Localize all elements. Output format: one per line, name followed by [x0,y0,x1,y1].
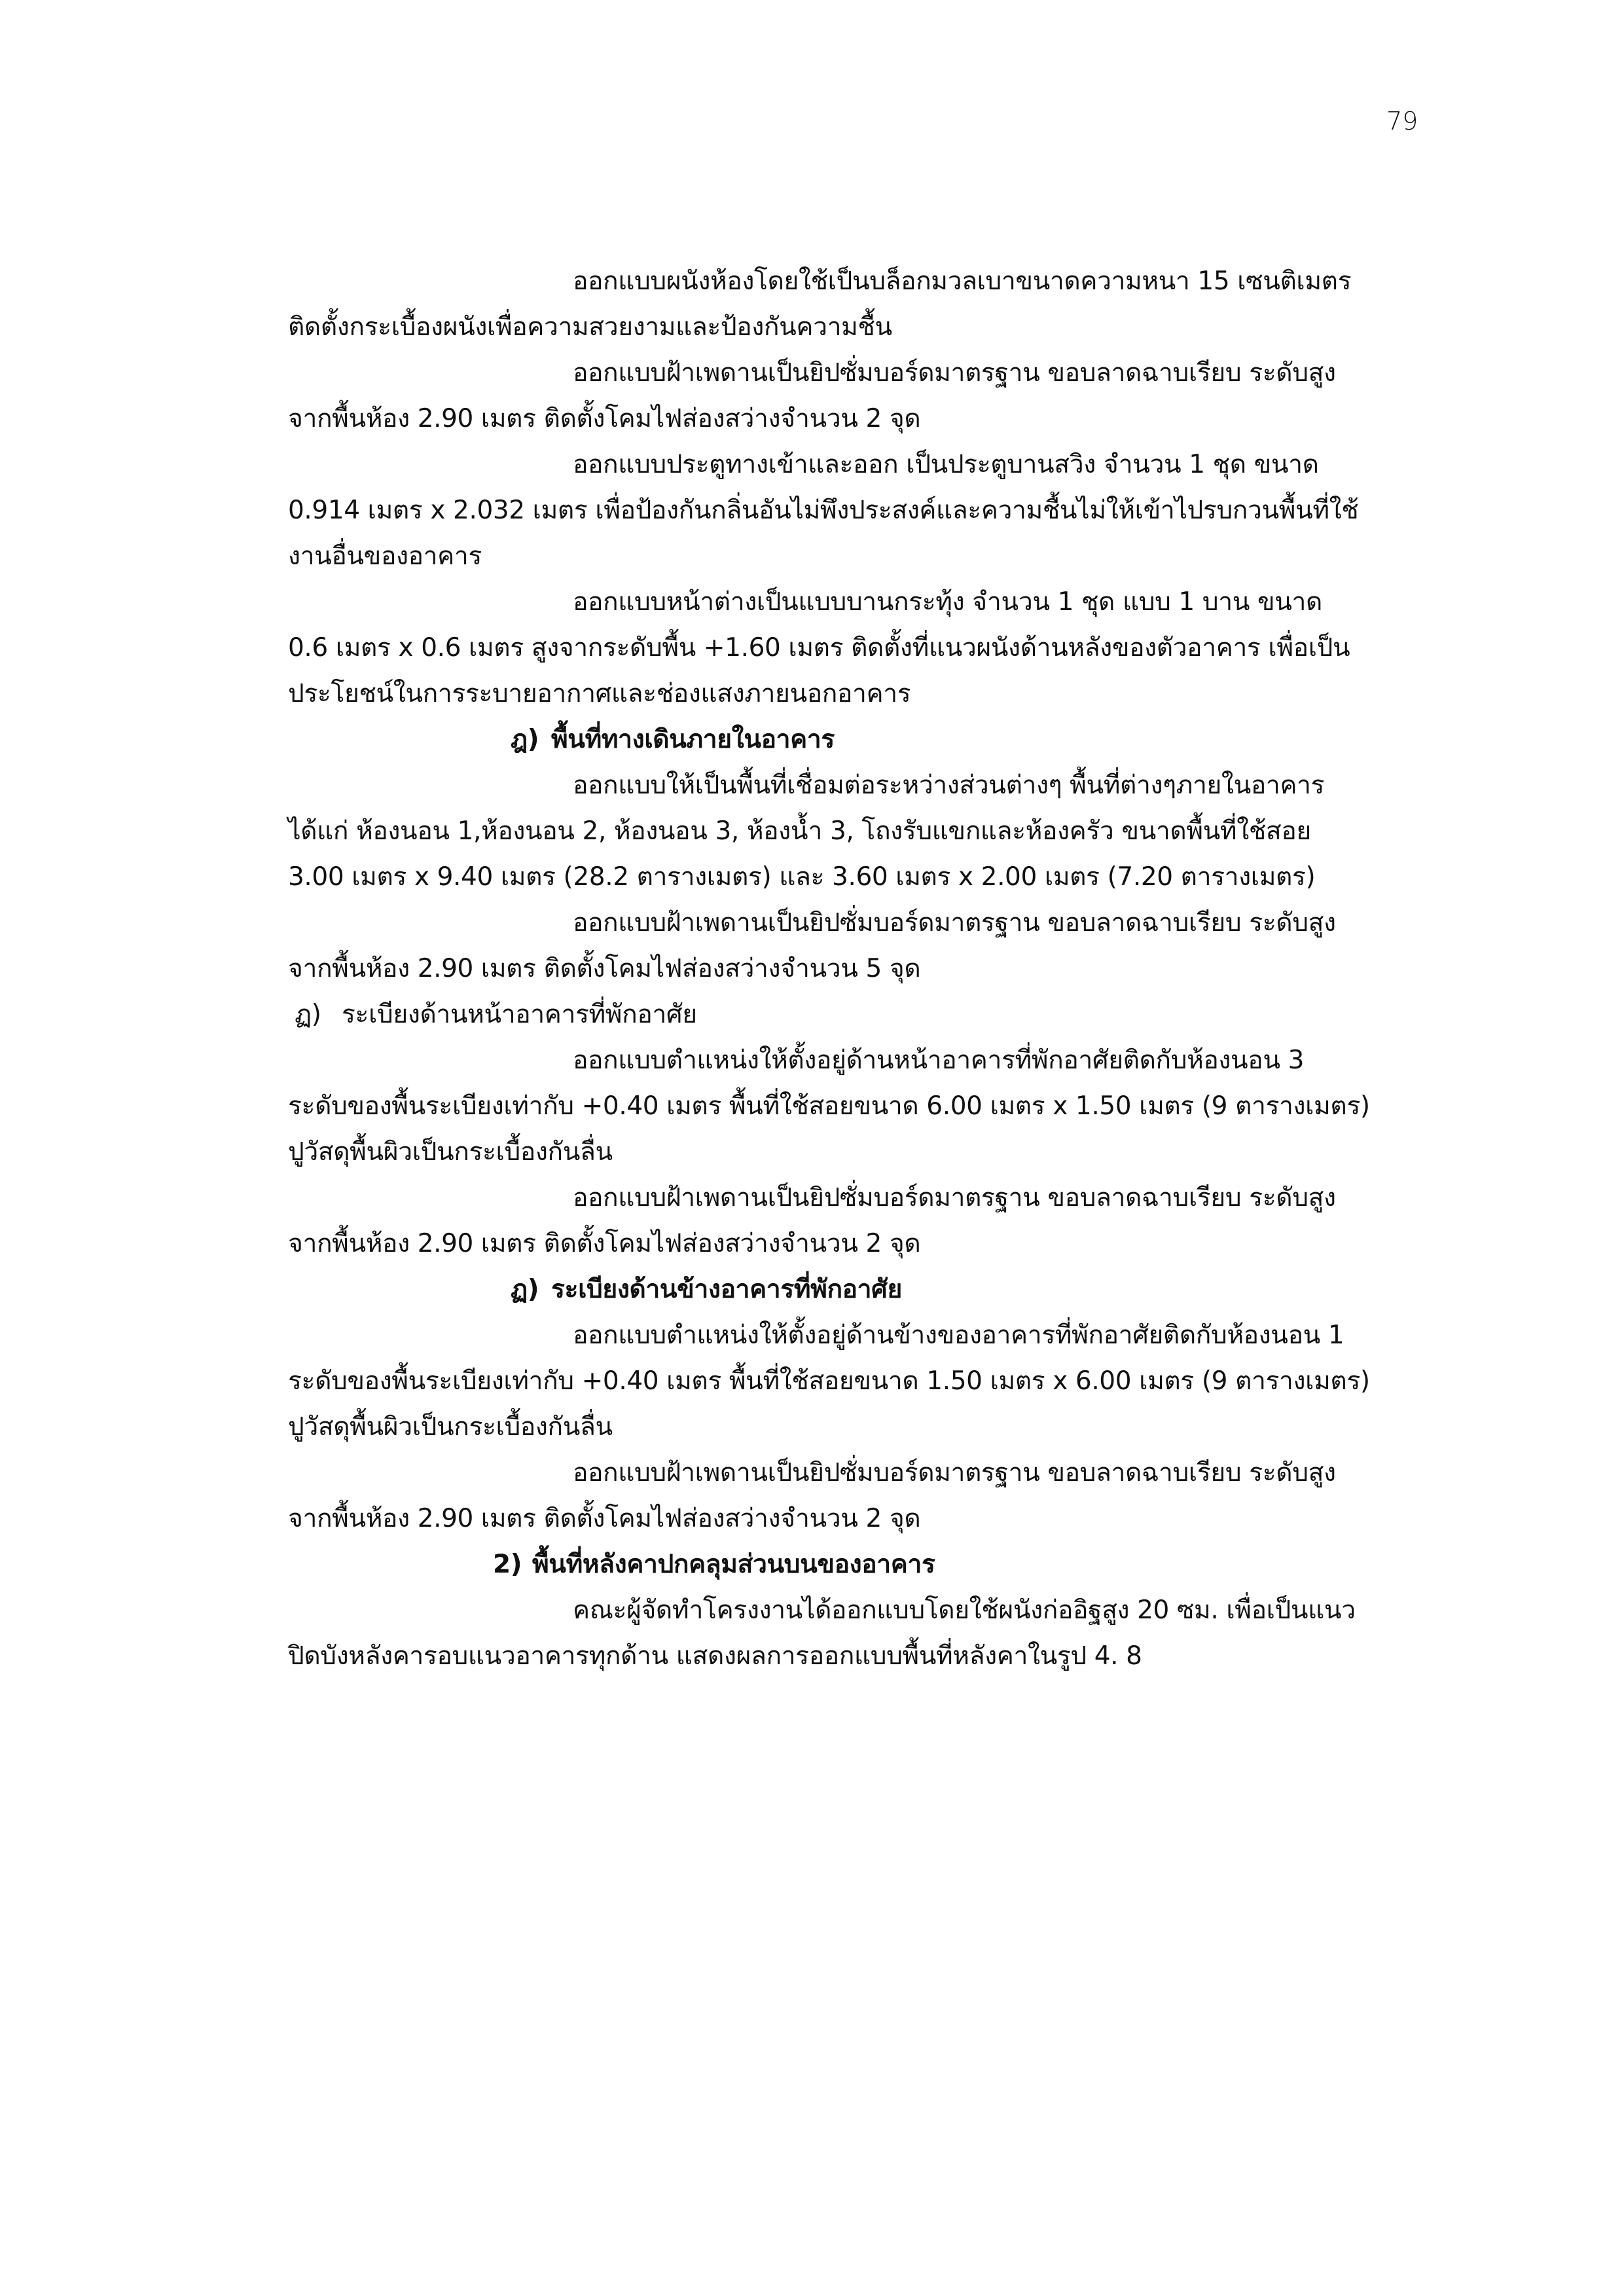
section-heading-roof-area: 2)พื้นที่หลังคาปกคลุมส่วนบนของอาคาร [288,1542,1413,1588]
paragraph-walkway-design: ออกแบบให้เป็นพื้นที่เชื่อมต่อระหว่างส่วน… [288,763,1413,900]
paragraph-line: จากพื้นห้อง 2.90 เมตร ติดตั้งโคมไฟส่องสว… [288,946,1413,992]
section-marker: ฏ) [295,992,342,1038]
section-title: ระเบียงด้านหน้าอาคารที่พักอาศัย [342,1000,697,1029]
section-heading-front-balcony: ฏ)ระเบียงด้านหน้าอาคารที่พักอาศัย [288,992,1413,1038]
paragraph-line: จากพื้นห้อง 2.90 เมตร ติดตั้งโคมไฟส่องสว… [288,1496,1413,1542]
paragraph-line: ออกแบบตำแหน่งให้ตั้งอยู่ด้านหน้าอาคารที่… [288,1038,1413,1084]
paragraph-line: ระดับของพื้นระเบียงเท่ากับ +0.40 เมตร พื… [288,1358,1413,1404]
paragraph-line: ระดับของพื้นระเบียงเท่ากับ +0.40 เมตร พื… [288,1084,1413,1129]
paragraph-line: ออกแบบตำแหน่งให้ตั้งอยู่ด้านข้างของอาคาร… [288,1313,1413,1358]
paragraph-line: จากพื้นห้อง 2.90 เมตร ติดตั้งโคมไฟส่องสว… [288,1221,1413,1267]
section-heading-side-balcony: ฏ)ระเบียงด้านข้างอาคารที่พักอาศัย [288,1267,1413,1313]
paragraph-line: ออกแบบฝ้าเพดานเป็นยิปซั่มบอร์ดมาตรฐาน ขอ… [288,1450,1413,1496]
section-title: ระเบียงด้านข้างอาคารที่พักอาศัย [551,1275,902,1304]
paragraph-line: 0.6 เมตร x 0.6 เมตร สูงจากระดับพื้น +1.6… [288,625,1413,671]
section-marker: ฏ) [511,1267,551,1313]
section-marker: 2) [493,1542,532,1588]
document-body: ออกแบบผนังห้องโดยใช้เป็นบล็อกมวลเบาขนาดค… [288,259,1413,1679]
paragraph-line: คณะผู้จัดทำโครงงานได้ออกแบบโดยใช้ผนังก่อ… [288,1588,1413,1633]
paragraph-line: ออกแบบให้เป็นพื้นที่เชื่อมต่อระหว่างส่วน… [288,763,1413,809]
paragraph-line: ออกแบบฝ้าเพดานเป็นยิปซั่มบอร์ดมาตรฐาน ขอ… [288,350,1413,396]
paragraph-line: ติดตั้งกระเบื้องผนังเพื่อความสวยงามและป้… [288,304,1413,350]
paragraph-wall-design: ออกแบบผนังห้องโดยใช้เป็นบล็อกมวลเบาขนาดค… [288,259,1413,350]
paragraph-line: งานอื่นของอาคาร [288,534,1413,579]
section-title: พื้นที่หลังคาปกคลุมส่วนบนของอาคาร [532,1550,935,1579]
paragraph-ceiling-design: ออกแบบฝ้าเพดานเป็นยิปซั่มบอร์ดมาตรฐาน ขอ… [288,350,1413,442]
paragraph-front-balcony: ออกแบบตำแหน่งให้ตั้งอยู่ด้านหน้าอาคารที่… [288,1038,1413,1175]
paragraph-line: ปูวัสดุพื้นผิวเป็นกระเบื้องกันลื่น [288,1404,1413,1450]
paragraph-roof-design: คณะผู้จัดทำโครงงานได้ออกแบบโดยใช้ผนังก่อ… [288,1588,1413,1679]
paragraph-line: ได้แก่ ห้องนอน 1,ห้องนอน 2, ห้องนอน 3, ห… [288,809,1413,854]
paragraph-line: ปิดบังหลังคารอบแนวอาคารทุกด้าน แสดงผลการ… [288,1633,1413,1679]
section-marker: ฎ) [511,717,551,763]
paragraph-window-design: ออกแบบหน้าต่างเป็นแบบบานกระทุ้ง จำนวน 1 … [288,579,1413,717]
paragraph-line: ออกแบบประตูทางเข้าและออก เป็นประตูบานสวิ… [288,442,1413,488]
paragraph-side-balcony-ceiling: ออกแบบฝ้าเพดานเป็นยิปซั่มบอร์ดมาตรฐาน ขอ… [288,1450,1413,1542]
paragraph-line: จากพื้นห้อง 2.90 เมตร ติดตั้งโคมไฟส่องสว… [288,396,1413,442]
page-number: 79 [1386,105,1418,137]
paragraph-line: ปูวัสดุพื้นผิวเป็นกระเบื้องกันลื่น [288,1129,1413,1175]
paragraph-line: ออกแบบหน้าต่างเป็นแบบบานกระทุ้ง จำนวน 1 … [288,579,1413,625]
paragraph-line: ประโยชน์ในการระบายอากาศและช่องแสงภายนอกอ… [288,671,1413,717]
paragraph-line: ออกแบบฝ้าเพดานเป็นยิปซั่มบอร์ดมาตรฐาน ขอ… [288,1175,1413,1221]
section-title: พื้นที่ทางเดินภายในอาคาร [551,725,835,754]
section-heading-walkway: ฎ)พื้นที่ทางเดินภายในอาคาร [288,717,1413,763]
paragraph-line: ออกแบบผนังห้องโดยใช้เป็นบล็อกมวลเบาขนาดค… [288,259,1413,304]
paragraph-line: ออกแบบฝ้าเพดานเป็นยิปซั่มบอร์ดมาตรฐาน ขอ… [288,900,1413,946]
paragraph-door-design: ออกแบบประตูทางเข้าและออก เป็นประตูบานสวิ… [288,442,1413,579]
paragraph-line: 0.914 เมตร x 2.032 เมตร เพื่อป้องกันกลิ่… [288,488,1413,534]
paragraph-walkway-ceiling: ออกแบบฝ้าเพดานเป็นยิปซั่มบอร์ดมาตรฐาน ขอ… [288,900,1413,992]
paragraph-line: 3.00 เมตร x 9.40 เมตร (28.2 ตารางเมตร) แ… [288,854,1413,900]
paragraph-front-balcony-ceiling: ออกแบบฝ้าเพดานเป็นยิปซั่มบอร์ดมาตรฐาน ขอ… [288,1175,1413,1267]
paragraph-side-balcony: ออกแบบตำแหน่งให้ตั้งอยู่ด้านข้างของอาคาร… [288,1313,1413,1450]
